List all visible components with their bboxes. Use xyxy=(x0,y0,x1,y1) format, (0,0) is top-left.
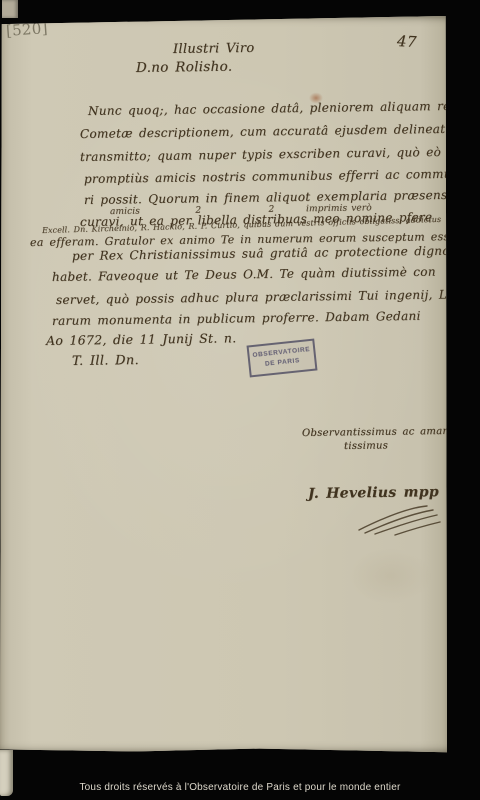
body-line: Nunc quoq;, hac occasione datâ, pleniore… xyxy=(88,98,480,118)
observatoire-de-paris-stamp: OBSERVATOIRE DE PARIS xyxy=(247,339,318,378)
body-line: habet. Faveoque ut Te Deus O.M. Te quàm … xyxy=(52,265,436,284)
closing-abbreviation: T. Ill. Dn. xyxy=(72,353,139,369)
scanned-manuscript-page: [520] 47 Illustri Viro D.no Rolisho. Nun… xyxy=(0,0,480,800)
body-line: rarum monumenta in publicum proferre. Da… xyxy=(52,309,421,328)
salutation-line-1: Illustri Viro xyxy=(173,41,255,57)
valediction-line-2: tissimus xyxy=(344,440,388,452)
body-line: Cometæ descriptionem, cum accuratâ ejusd… xyxy=(80,121,480,141)
signature-flourish-icon xyxy=(355,502,445,536)
salutation-line-2: D.no Rolisho. xyxy=(136,59,233,76)
body-line: transmitto; quam nuper typis exscriben c… xyxy=(80,145,441,164)
body-line: promptiùs amicis nostris communibus effe… xyxy=(84,166,479,186)
folio-number: 47 xyxy=(397,32,418,51)
dateline: Ao 1672, die 11 Junij St. n. xyxy=(46,330,237,348)
body-line: servet, quò possis adhuc plura præclaris… xyxy=(56,287,464,307)
valediction-line-1: Observantissimus ac aman- xyxy=(302,426,453,439)
letter-paper: [520] 47 Illustri Viro D.no Rolisho. Nun… xyxy=(0,16,447,753)
archive-number: [520] xyxy=(5,19,48,40)
signature: J. Hevelius mpp xyxy=(308,484,439,502)
copyright-caption: Tous droits réservés à l'Observatoire de… xyxy=(0,782,480,793)
stamp-line-2: DE PARIS xyxy=(265,356,301,369)
paper-corner-tab xyxy=(2,0,18,18)
